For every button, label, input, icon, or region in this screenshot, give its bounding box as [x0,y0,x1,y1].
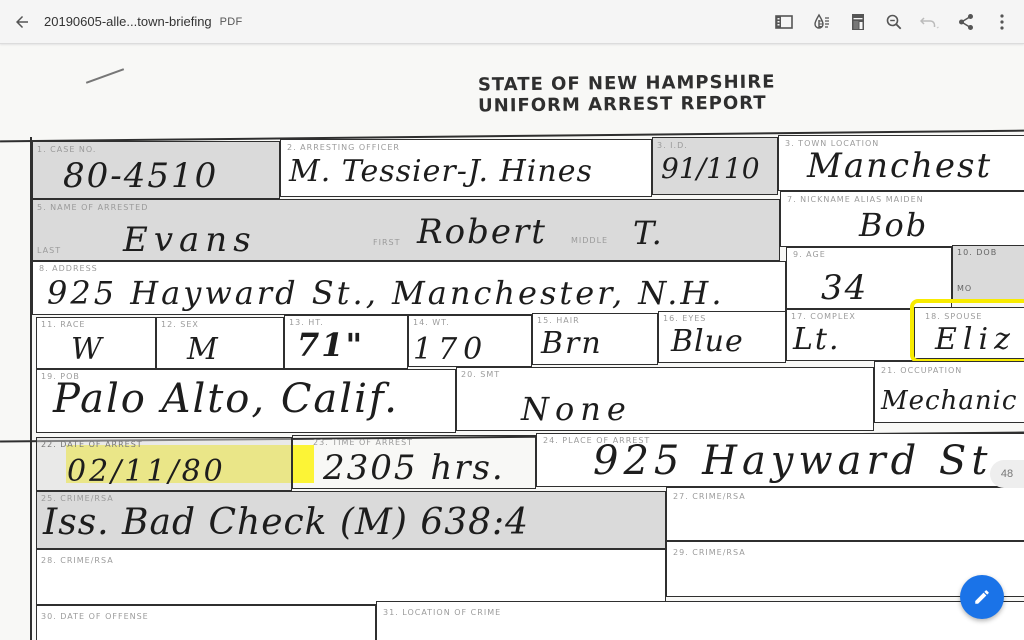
middle-label: MIDDLE [571,236,608,245]
id-cell: 3. I.D. 91/110 [652,137,778,195]
smt-value: None [521,390,632,428]
time-label: 23. TIME OF ARREST [313,438,413,447]
age-value: 34 [821,268,868,308]
address-value: 925 Hayward St., Manchester, N.H. [47,274,725,312]
weight-cell: 14. WT. 170 [408,315,532,367]
pob-value: Palo Alto, Calif. [53,376,399,422]
scanned-arrest-report: STATE OF NEW HAMPSHIRE UNIFORM ARREST RE… [0,45,1024,640]
address-label: 8. ADDRESS [39,264,98,273]
share-button[interactable] [948,0,984,44]
last-name-value: Evans [123,220,257,260]
hair-value: Brn [541,326,603,361]
document-title: 20190605-alle...town-briefing [44,14,212,29]
race-cell: 11. RACE W [36,317,156,369]
complexion-value: Lt. [793,322,841,357]
time-of-arrest-value: 2305 hrs. [323,448,505,488]
sex-value: M [187,332,220,367]
edit-fab-button[interactable] [960,575,1004,619]
first-label: FIRST [373,238,400,247]
undo-icon [920,13,940,31]
color-mode-icon [813,13,831,31]
case-no-value: 80-4510 [63,156,218,196]
complexion-cell: 17. COMPLEX Lt. [786,309,914,361]
smt-cell: 20. SMT None [456,367,874,431]
case-no-label: 1. CASE NO. [37,145,96,154]
smt-label: 20. SMT [461,370,500,379]
case-no-cell: 1. CASE NO. 80-4510 [32,141,280,199]
spouse-highlight-box [910,299,1024,363]
outline-view-button[interactable] [766,0,802,44]
officer-value: M. Tessier-J. Hines [289,154,593,189]
last-label: LAST [37,246,61,255]
officer-cell: 2. ARRESTING OFFICER M. Tessier-J. Hines [280,139,652,197]
arrow-left-icon [13,13,31,31]
file-type-badge: PDF [220,16,243,28]
height-value: 71" [297,326,364,364]
pencil-icon [973,588,991,606]
officer-label: 2. ARRESTING OFFICER [287,143,400,152]
complexion-label: 17. COMPLEX [791,312,856,321]
crime-3-label: 28. CRIME/RSA [41,556,114,565]
date-label: 22. DATE OF ARREST [41,440,143,449]
height-cell: 13. HT. 71" [284,315,408,369]
nickname-label: 7. NICKNAME ALIAS MAIDEN [787,195,924,204]
town-cell: 3. TOWN LOCATION Manchest [778,135,1024,191]
age-label: 9. AGE [793,250,826,259]
weight-value: 170 [413,332,488,367]
dob-label: 10. DOB [957,248,997,257]
undo-button[interactable] [912,0,948,44]
report-heading: STATE OF NEW HAMPSHIRE UNIFORM ARREST RE… [478,71,776,116]
occupation-value: Mechanic [881,386,1017,416]
outline-view-icon [775,14,793,30]
pdf-document-view[interactable]: STATE OF NEW HAMPSHIRE UNIFORM ARREST RE… [0,45,1024,640]
location-of-crime-cell: 31. LOCATION OF CRIME [376,601,1024,640]
nickname-cell: 7. NICKNAME ALIAS MAIDEN Bob [780,191,1024,247]
location-label: 31. LOCATION OF CRIME [383,608,501,617]
occupation-cell: 21. OCCUPATION Mechanic [874,361,1024,423]
first-name-value: Robert [417,212,547,252]
page-view-button[interactable] [840,0,876,44]
hair-cell: 15. HAIR Brn [532,313,658,365]
app-bar: 20190605-alle...town-briefing PDF [0,0,1024,44]
town-value: Manchest [807,146,992,186]
dob-cell: 10. DOB MO [952,245,1024,303]
scan-mark [86,68,124,84]
dob-month-label: MO [957,284,972,293]
occupation-label: 21. OCCUPATION [881,366,962,375]
id-label: 3. I.D. [657,141,688,150]
crime-value: Iss. Bad Check (M) 638:4 [43,502,529,543]
share-icon [958,13,974,31]
pob-cell: 19. POB Palo Alto, Calif. [36,369,456,433]
more-options-icon [999,13,1005,31]
place-of-arrest-cell: 24. PLACE OF ARREST 925 Hayward St [536,433,1024,487]
more-options-button[interactable] [984,0,1020,44]
back-button[interactable] [0,0,44,44]
crime-2-cell: 27. CRIME/RSA [666,487,1024,541]
sex-cell: 12. SEX M [156,317,284,369]
race-value: W [71,332,104,367]
address-cell: 8. ADDRESS 925 Hayward St., Manchester, … [32,261,786,315]
hair-label: 15. HAIR [537,316,580,325]
name-label: 5. NAME OF ARRESTED [37,203,148,212]
toolbar [766,0,1024,44]
name-cell: 5. NAME OF ARRESTED LAST Evans FIRST Rob… [32,199,780,261]
crime-2-label: 27. CRIME/RSA [673,492,746,501]
weight-label: 14. WT. [413,318,450,327]
zoom-out-icon [885,13,903,31]
crime-3-cell: 28. CRIME/RSA [36,549,666,605]
page-number-indicator[interactable]: 48 [990,460,1024,488]
page-view-icon [851,13,865,31]
zoom-out-button[interactable] [876,0,912,44]
date-of-arrest-cell: 22. DATE OF ARREST 02/11/80 [36,437,292,491]
crime-4-label: 29. CRIME/RSA [673,548,746,557]
id-value: 91/110 [661,152,760,185]
eyes-value: Blue [671,324,744,359]
race-label: 11. RACE [41,320,85,329]
offense-date-label: 30. DATE OF OFFENSE [41,612,149,621]
date-of-arrest-value: 02/11/80 [67,454,226,489]
date-of-offense-cell: 30. DATE OF OFFENSE [36,605,376,640]
crime-cell: 25. CRIME/RSA Iss. Bad Check (M) 638:4 [36,491,666,549]
sex-label: 12. SEX [161,320,199,329]
color-mode-button[interactable] [804,0,840,44]
time-of-arrest-cell: 23. TIME OF ARREST 2305 hrs. [292,435,536,489]
eyes-label: 16. EYES [663,314,706,323]
nickname-value: Bob [859,206,928,244]
middle-initial-value: T. [633,214,664,252]
eyes-cell: 16. EYES Blue [658,311,786,363]
place-of-arrest-value: 925 Hayward St [593,438,992,484]
heading-line-2: UNIFORM ARREST REPORT [478,92,776,116]
